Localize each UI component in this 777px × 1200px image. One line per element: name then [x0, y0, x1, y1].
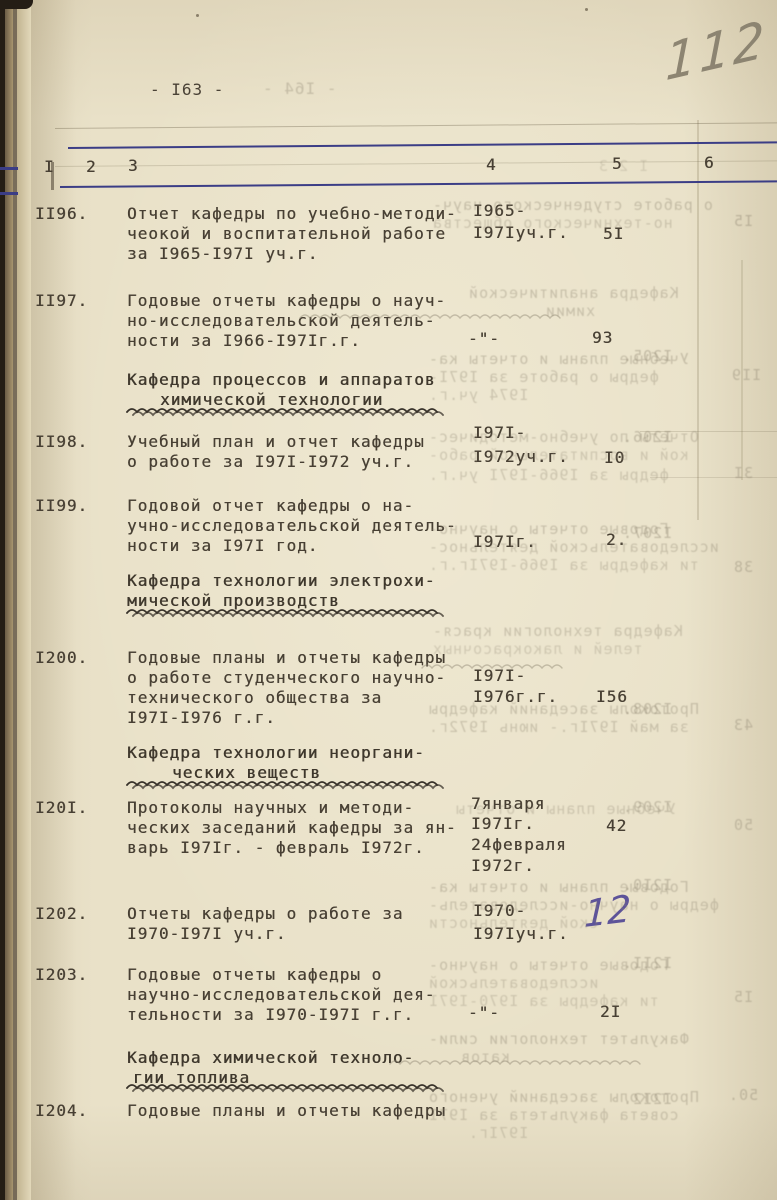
section-heading-line: Кафедра процессов и аппаратов	[127, 370, 435, 390]
entry-text-line: Годовые отчеты кафедры о науч-	[127, 291, 446, 311]
entry-text-line: учно-исследовательской деятель-	[127, 516, 457, 536]
bleedthrough-text: Учебные планы и отчеты	[455, 800, 676, 818]
column-header-6: 6	[704, 153, 715, 173]
bleedthrough-text: федры за I966-I97I уч.г.	[428, 466, 669, 484]
bleedthrough-text: Отчеты по учебно-методичес-	[428, 428, 699, 446]
column-header-4: 4	[486, 155, 497, 175]
bleedthrough-text: о работе студенческого науч-	[432, 196, 713, 214]
entry-text-line: за I965-I97I уч.г.	[127, 244, 318, 264]
bleedthrough-text: федры о работе за I97I-	[428, 368, 659, 386]
entry-number: I200.	[35, 648, 88, 668]
entry-number: I204.	[35, 1101, 88, 1121]
faint-rule	[55, 122, 777, 129]
bleed-wavy-line	[388, 1056, 643, 1070]
bleedthrough-text: исследовательской деятельнос-	[428, 538, 719, 556]
paper-speck	[585, 8, 588, 11]
bleed-wavy-line	[298, 310, 563, 324]
column-header-2: 2	[86, 157, 97, 177]
section-heading-line: Кафедра технологии неоргани-	[127, 743, 425, 763]
bleedthrough-text: ти кафедры за I966-I97Iг.г.	[428, 556, 699, 574]
bleedthrough-text: кой и воспитательной рабо-	[428, 446, 689, 464]
header-rule-top	[68, 141, 777, 149]
bleedthrough-text: Годовые отчеты о научно-	[428, 956, 669, 974]
bleedthrough-text: I974 уч.г.	[428, 386, 528, 404]
wavy-underline	[125, 1080, 440, 1094]
section-heading-line: Кафедра технологии электрохи-	[127, 571, 435, 591]
scan-corner-shadow	[0, 0, 33, 9]
entry-text-line: Годовой отчет кафедры о на-	[127, 496, 414, 516]
entry-pages: 42	[606, 816, 627, 836]
entry-text-line: чеокой и воспитательной работе	[127, 224, 446, 244]
entry-number: I202.	[35, 904, 88, 924]
bleedthrough-text: 50	[733, 816, 753, 834]
bleedthrough-text: Факультет технологии сили-	[428, 1030, 689, 1048]
bleedthrough-text: Годовые планы и отчеты ка-	[428, 878, 689, 896]
bleedthrough-text: Годовые отчеты о научно-	[428, 520, 669, 538]
entry-number: I203.	[35, 965, 88, 985]
faint-rule	[55, 160, 777, 167]
entry-number: II99.	[35, 496, 88, 516]
adjacent-page-rule-stub	[0, 192, 18, 195]
wavy-underline	[125, 777, 440, 791]
entry-text-line: I97I-I976 г.г.	[127, 708, 276, 728]
entry-text-line: Годовые отчеты кафедры о	[127, 965, 382, 985]
bleedthrough-text: но-технического общества	[432, 214, 673, 232]
section-heading-line: Кафедра химической техноло-	[127, 1048, 414, 1068]
binding-edge-mid	[5, 0, 13, 1200]
entry-text-line: I970-I97I уч.г.	[127, 924, 287, 944]
bleed-rule	[650, 477, 777, 478]
bleedthrough-text: ской деятельности	[428, 914, 599, 932]
column-header-3: 3	[128, 156, 139, 176]
wavy-underline	[125, 605, 440, 619]
entry-number: II97.	[35, 291, 88, 311]
entry-text-line: о работе студенческого научно-	[127, 668, 446, 688]
entry-number: II98.	[35, 432, 88, 452]
entry-number: II96.	[35, 204, 88, 224]
bleedthrough-text: ти кафедры за I970-I97I	[428, 992, 659, 1010]
entry-text-line: ности за I966-I97Iг.г.	[127, 331, 361, 351]
bleedthrough-text: 50.	[728, 1086, 758, 1104]
bleedthrough-text: II9	[731, 366, 761, 384]
column-header-1: I	[44, 157, 55, 177]
entry-dates: 24февраля	[471, 835, 567, 855]
bleedthrough-text: совета факультета за I97I	[428, 1106, 679, 1124]
entry-text-line: Годовые планы и отчеты кафедры	[127, 648, 446, 668]
bleedthrough-text: телей и лакокрасочных	[432, 640, 643, 658]
entry-dates: I972г.	[471, 856, 535, 876]
bleedthrough-text: катов	[460, 1048, 510, 1066]
wavy-underline	[125, 404, 440, 418]
bleedthrough-text: Протоколы заседаний кафедры	[428, 700, 699, 718]
bleedthrough-text: Кафедра аналитической	[468, 284, 679, 302]
handwritten-folio-number: 112	[665, 9, 768, 92]
entry-text-line: Протоколы научных и методи-	[127, 798, 414, 818]
entry-text-line: тельности за I970-I97I г.г.	[127, 1005, 414, 1025]
archive-page: 112 - I63 - I 2 3 4 5 6 II96. Отчет кафе…	[0, 0, 777, 1200]
page-number: - I63 -	[150, 80, 224, 99]
entry-text-line: ности за I97I год.	[127, 536, 318, 556]
bleedthrough-text: Учебные планы и отчеты ка-	[428, 350, 689, 368]
bleedthrough-text: исследовательской	[428, 974, 599, 992]
entry-pages: 93	[592, 328, 613, 348]
binding-edge-light	[17, 0, 31, 1200]
bleedthrough-text: Протоколы заседаний ученого	[428, 1088, 699, 1106]
entry-text-line: научно-исследовательской дея-	[127, 985, 435, 1005]
entry-text-line: Учебный план и отчет кафедры	[127, 432, 425, 452]
bleedthrough-text: I5	[733, 988, 753, 1006]
bleedthrough-text: I97Iг.	[468, 1124, 528, 1142]
entry-text-line: варь I97Iг. - февраль I972г.	[127, 838, 425, 858]
entry-text-line: Отчет кафедры по учебно-методи-	[127, 204, 457, 224]
bleedthrough-text: федры о научно-исследователь-	[428, 896, 719, 914]
adjacent-page-rule-stub	[0, 167, 18, 170]
bleedthrough-text: Кафедра технологии крася-	[432, 622, 683, 640]
entry-number: I20I.	[35, 798, 88, 818]
bleedthrough-text: за май I97Iг.- июнь I972г.	[428, 718, 689, 736]
ditto-mark: -"-	[468, 329, 500, 349]
entry-text-line: Годовые планы и отчеты кафедры	[127, 1101, 446, 1121]
bleedthrough-text: I 2 3	[598, 157, 648, 175]
bleed-wavy-line	[420, 660, 570, 674]
bleedthrough-text: - I64 -	[262, 80, 336, 98]
bleedthrough-text: 3I	[733, 464, 753, 482]
bleedthrough-text: I5	[733, 212, 753, 230]
bleedthrough-text: 43	[733, 716, 753, 734]
entry-text-line: ческих заседаний кафедры за ян-	[127, 818, 457, 838]
entry-text-line: о работе за I97I-I972 уч.г.	[127, 452, 414, 472]
header-rule-bottom	[60, 180, 777, 188]
bleedthrough-text: химии	[545, 302, 595, 320]
entry-text-line: технического общества за	[127, 688, 382, 708]
entry-text-line: Отчеты кафедры о работе за	[127, 904, 403, 924]
paper-speck	[196, 14, 199, 17]
bleedthrough-text: 38	[733, 558, 753, 576]
